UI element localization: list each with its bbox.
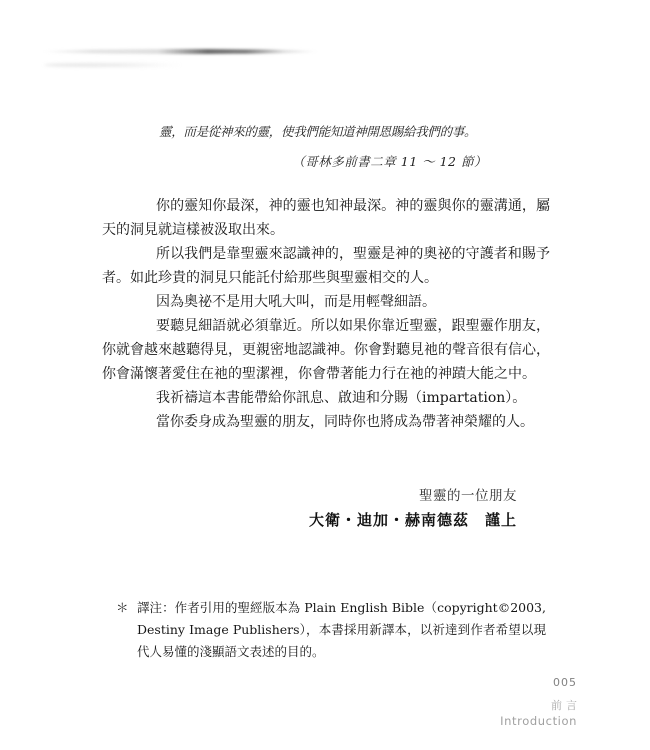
scripture-quote-attribution: （哥林多前書二章 11 ～ 12 節） (159, 152, 487, 170)
signature-role: 聖靈的一位朋友 (309, 484, 517, 504)
signature-author-name: 大衛・迪加・赫南德茲 謹上 (309, 509, 517, 530)
chapter-title-english: Introduction (500, 714, 577, 728)
scripture-quote-block: 靈，而是從神來的靈，使我們能知道神開恩賜給我們的事。 （哥林多前書二章 11 ～… (159, 122, 487, 170)
footnote-text: 譯注：作者引用的聖經版本為 Plain English Bible（copyri… (137, 597, 546, 663)
scripture-quote-text: 靈，而是從神來的靈，使我們能知道神開恩賜給我們的事。 (159, 122, 487, 140)
author-signature-block: 聖靈的一位朋友 大衛・迪加・赫南德茲 謹上 (309, 484, 517, 530)
scan-shadow-streak-lower (44, 63, 184, 67)
footnote-asterisk-marker: ＊ (116, 597, 137, 663)
page-number: 005 (500, 676, 577, 689)
body-paragraph-3: 因為奧祕不是用大吼大叫，而是用輕聲細語。 (102, 290, 550, 314)
body-paragraph-6: 當你委身成為聖靈的朋友，同時你也將成為帶著神榮耀的人。 (102, 410, 550, 434)
body-paragraph-5: 我祈禱這本書能帶給你訊息、啟迪和分賜（impartation）。 (102, 386, 550, 410)
body-paragraph-4: 要聽見細語就必須靠近。所以如果你靠近聖靈，跟聖靈作朋友，你就會越來越聽得見，更親… (102, 314, 550, 386)
chapter-title-chinese: 前言 (500, 697, 581, 713)
book-page: 靈，而是從神來的靈，使我們能知道神開恩賜給我們的事。 （哥林多前書二章 11 ～… (0, 0, 650, 750)
scan-shadow-streak-top (42, 49, 318, 54)
body-text-block: 你的靈知你最深，神的靈也知神最深。神的靈與你的靈溝通，屬天的洞見就這樣被汲取出來… (102, 194, 550, 434)
body-paragraph-2: 所以我們是靠聖靈來認識神的，聖靈是神的奧祕的守護者和賜予者。如此珍貴的洞見只能託… (102, 242, 550, 290)
body-paragraph-1: 你的靈知你最深，神的靈也知神最深。神的靈與你的靈溝通，屬天的洞見就這樣被汲取出來… (102, 194, 550, 242)
page-footer: 005 前言 Introduction (500, 676, 577, 728)
translator-footnote: ＊ 譯注：作者引用的聖經版本為 Plain English Bible（copy… (116, 597, 546, 663)
